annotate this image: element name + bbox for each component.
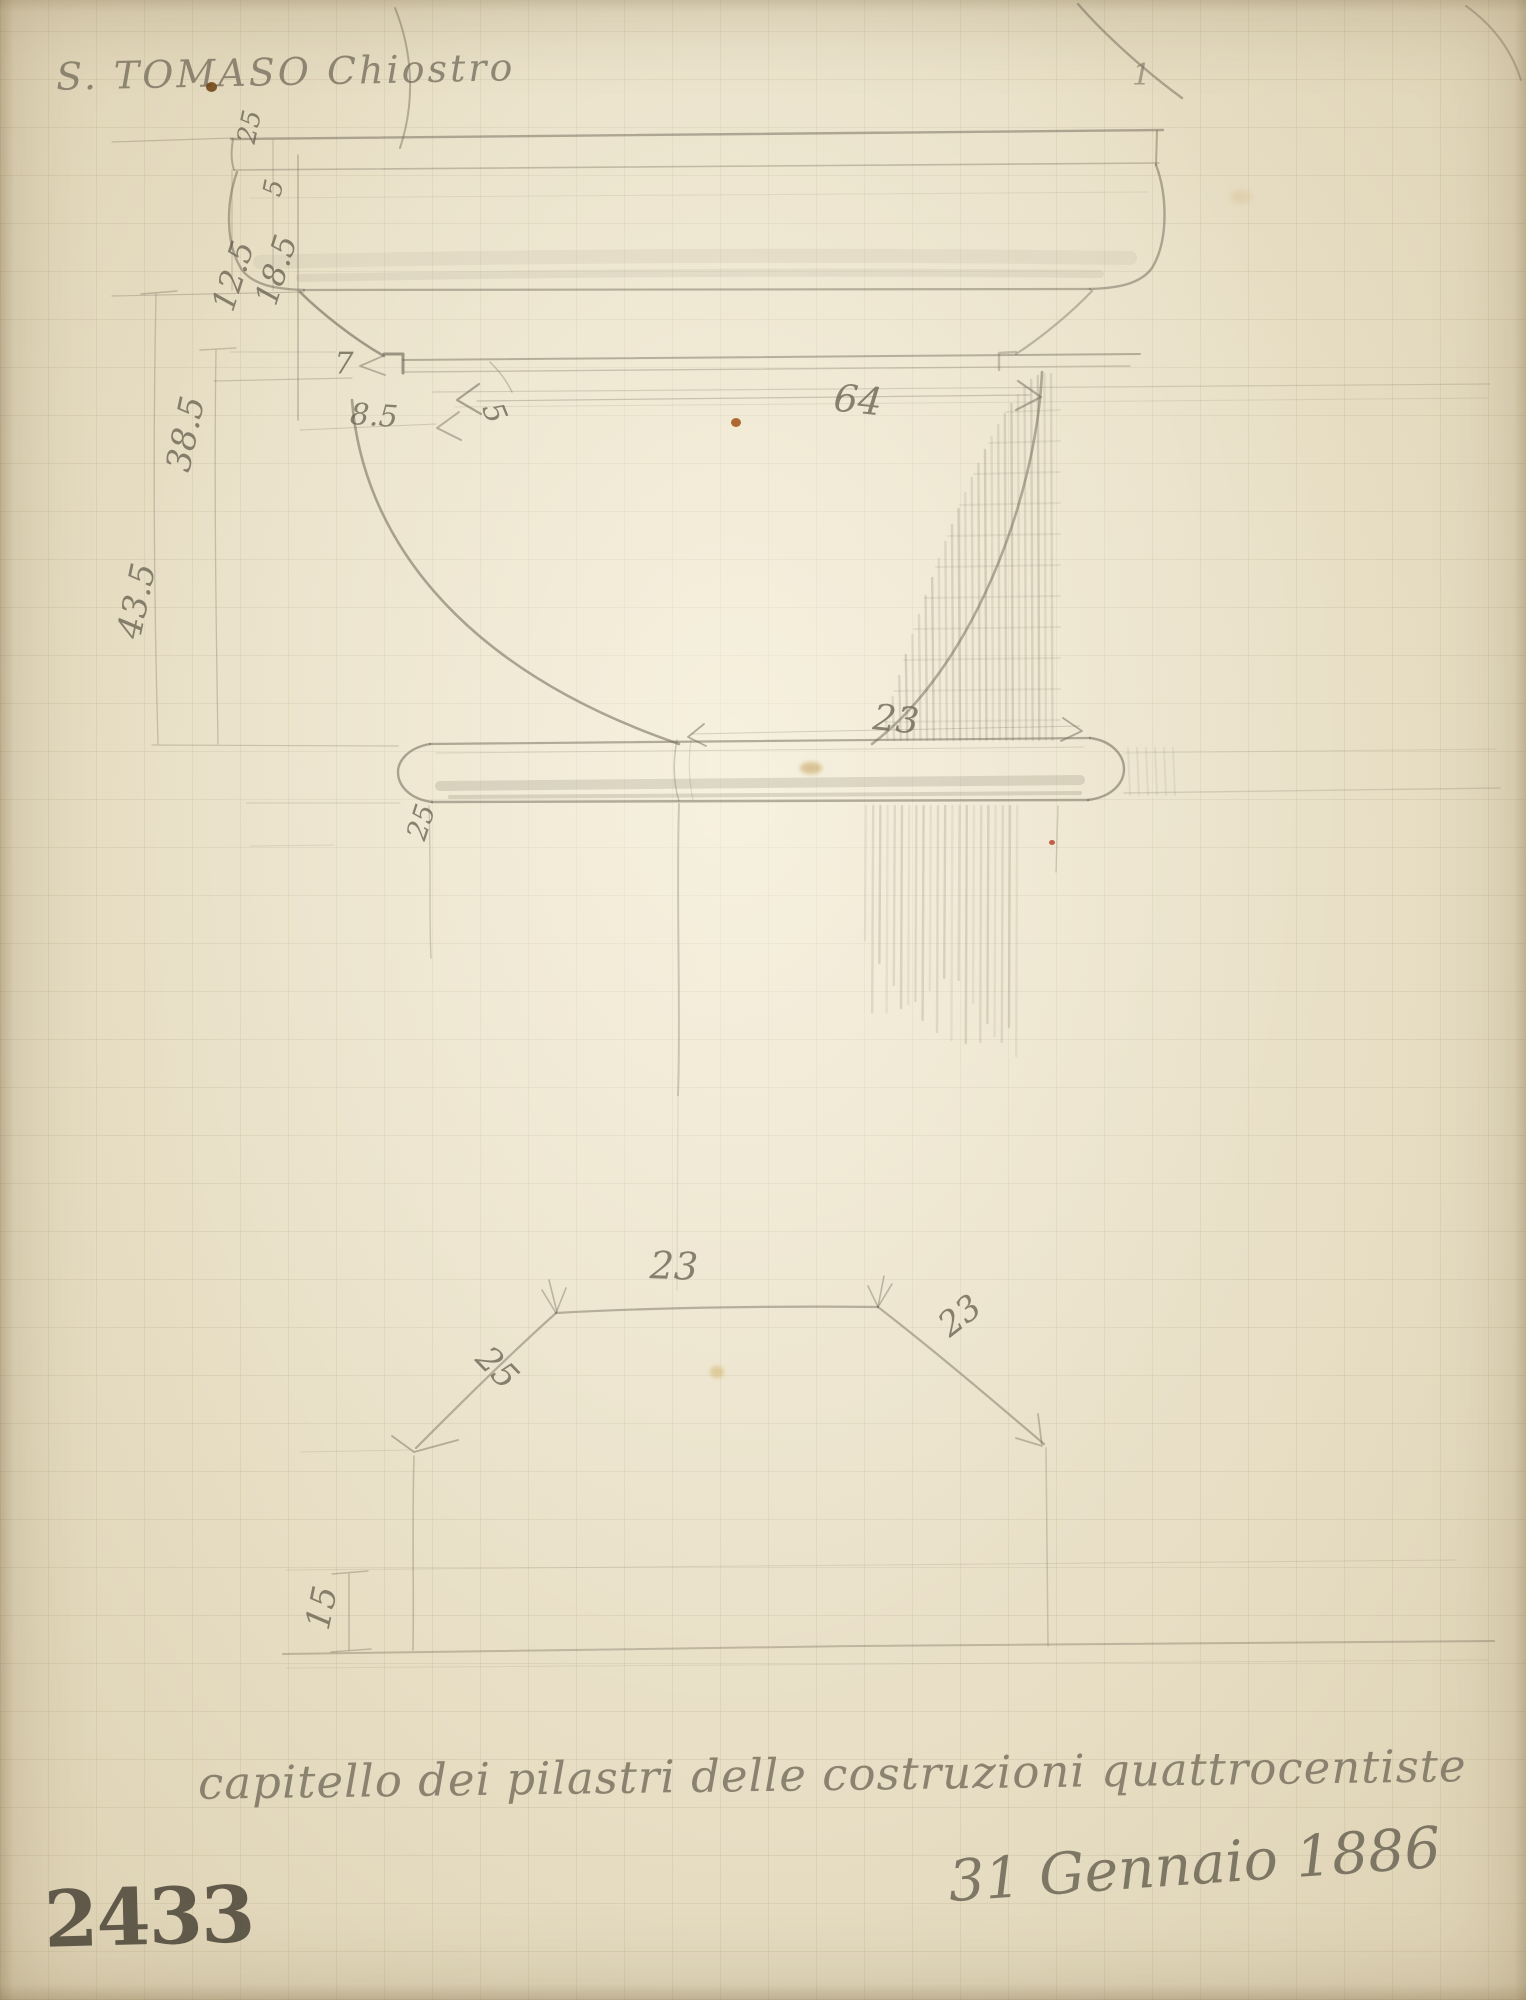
dim-ring-span: 23 (871, 697, 921, 743)
dim-plan-top-width: 23 (649, 1243, 699, 1289)
dim-ledge-offset: 8.5 (349, 397, 399, 435)
stain (800, 762, 822, 774)
page-mark: 1 (1132, 58, 1151, 93)
aged-graph-paper: S. TOMASO Chiostro 1 capitello dei pilas… (0, 0, 1526, 2000)
foxing-spot (731, 418, 741, 427)
dim-fillet-height: 7 (334, 347, 353, 382)
foxing-spot (1049, 840, 1055, 845)
inventory-number: 2433 (43, 1869, 254, 1965)
foxing-spot (206, 82, 217, 92)
scanned-drawing-page: { "page": { "title": "S. TOMASO Chiostro… (0, 0, 1526, 2000)
stain (710, 1366, 724, 1378)
stain (1230, 190, 1252, 204)
dim-neck-width: 64 (832, 376, 885, 425)
